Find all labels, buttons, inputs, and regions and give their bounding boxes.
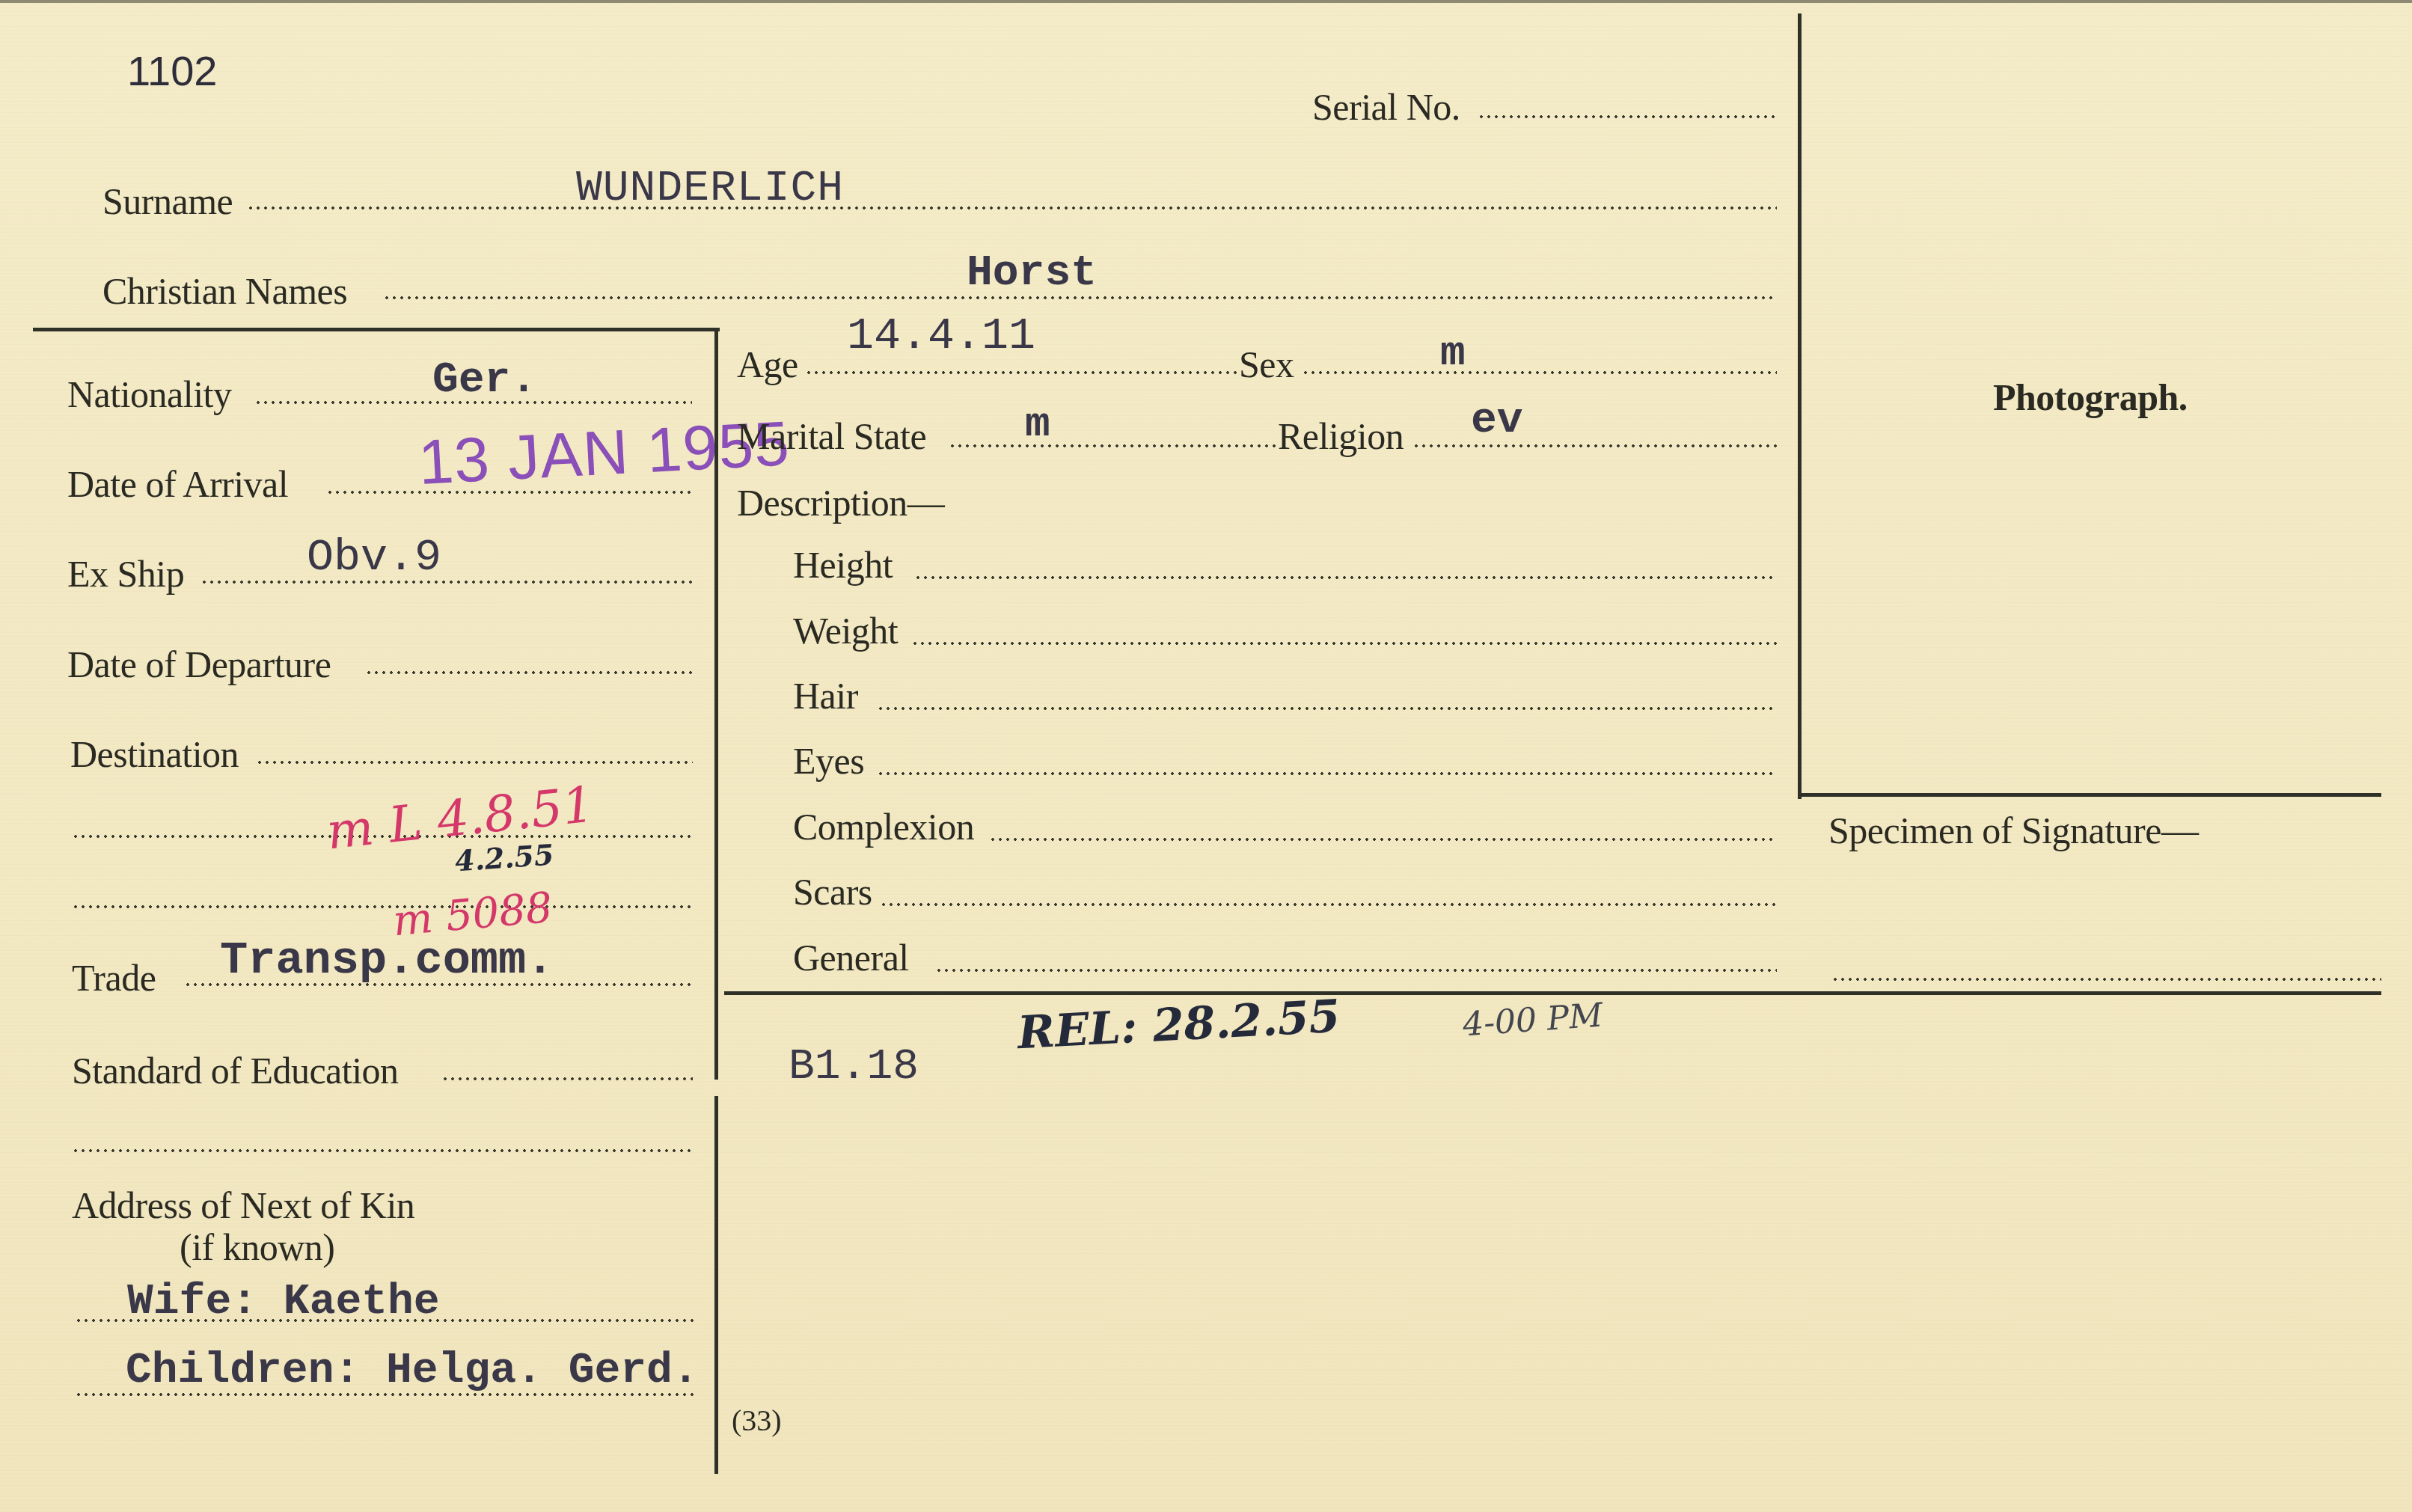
christian-names-label: Christian Names <box>102 272 347 310</box>
sex-field[interactable] <box>1302 371 1777 374</box>
age-value: 14.4.11 <box>847 311 1035 362</box>
hair-field[interactable] <box>877 707 1777 710</box>
trade-label: Trade <box>72 959 156 997</box>
form-number: (33) <box>732 1403 782 1438</box>
next-of-kin-sub-label: (if known) <box>180 1228 334 1266</box>
nationality-label: Nationality <box>67 376 231 413</box>
description-bottom-divider <box>724 991 2381 995</box>
date-of-arrival-label: Date of Arrival <box>67 465 288 503</box>
photograph-label: Photograph. <box>1993 379 2188 416</box>
nationality-value: Ger. <box>432 356 536 405</box>
standard-of-education-field[interactable] <box>441 1077 693 1080</box>
next-of-kin-field-2[interactable] <box>75 1393 696 1396</box>
eyes-field[interactable] <box>877 772 1777 775</box>
release-note: REL: 28.2.55 <box>1016 991 1341 1059</box>
date-of-departure-field[interactable] <box>365 671 693 674</box>
card-top-edge <box>0 0 2412 3</box>
next-of-kin-field-1[interactable] <box>75 1319 696 1322</box>
ex-ship-label: Ex Ship <box>67 555 184 593</box>
registration-card: 1102 Serial No. Surname WUNDERLICH Chris… <box>0 0 2412 1512</box>
sex-value: m <box>1440 329 1466 377</box>
sex-label: Sex <box>1239 346 1294 383</box>
serial-no-field[interactable] <box>1478 115 1777 118</box>
hair-label: Hair <box>793 677 858 714</box>
reference-code: B1.18 <box>789 1043 919 1092</box>
left-column-divider-lower <box>714 1096 718 1474</box>
marital-state-value: m <box>1025 400 1050 448</box>
next-of-kin-line-2: Children: Helga. Gerd. <box>126 1347 699 1395</box>
scars-label: Scars <box>793 873 872 910</box>
age-label: Age <box>737 346 798 383</box>
card-number: 1102 <box>127 46 217 95</box>
standard-of-education-field-2[interactable] <box>72 1149 693 1152</box>
signature-field[interactable] <box>1831 978 2381 981</box>
height-label: Height <box>793 546 893 584</box>
marital-state-field[interactable] <box>949 444 1276 447</box>
next-of-kin-label: Address of Next of Kin <box>72 1187 414 1224</box>
destination-field-3[interactable] <box>72 905 693 908</box>
standard-of-education-label: Standard of Education <box>72 1052 399 1089</box>
ex-ship-value: Obv.9 <box>307 533 441 584</box>
serial-no-label: Serial No. <box>1312 88 1460 126</box>
header-divider <box>33 328 720 331</box>
surname-value: WUNDERLICH <box>576 165 844 213</box>
surname-field[interactable] <box>247 206 1777 209</box>
arrival-date-stamp: 13 JAN 1955 <box>417 407 792 499</box>
weight-label: Weight <box>793 612 898 649</box>
religion-field[interactable] <box>1412 444 1777 447</box>
surname-label: Surname <box>102 183 233 220</box>
eyes-label: Eyes <box>793 742 864 780</box>
destination-label: Destination <box>70 735 239 773</box>
complexion-label: Complexion <box>793 808 974 845</box>
date-of-departure-label: Date of Departure <box>67 646 331 683</box>
religion-value: ev <box>1471 397 1523 445</box>
photo-box-bottom-border <box>1798 793 2381 797</box>
religion-label: Religion <box>1278 417 1404 455</box>
marital-state-label: Marital State <box>737 417 926 455</box>
complexion-field[interactable] <box>989 838 1777 841</box>
description-label: Description— <box>737 484 944 521</box>
ex-ship-field[interactable] <box>201 581 693 584</box>
general-field[interactable] <box>935 969 1777 972</box>
signature-label: Specimen of Signature— <box>1828 812 2198 849</box>
release-time: 4-00 PM <box>1461 997 1604 1044</box>
scars-field[interactable] <box>880 903 1777 906</box>
destination-field[interactable] <box>256 761 693 764</box>
general-label: General <box>793 939 909 976</box>
christian-names-value: Horst <box>967 249 1097 298</box>
weight-field[interactable] <box>911 642 1777 645</box>
destination-note-2: 4.2.55 <box>454 837 555 878</box>
age-field[interactable] <box>805 371 1239 374</box>
height-field[interactable] <box>914 576 1777 579</box>
trade-value: Transp.comm. <box>220 934 554 987</box>
